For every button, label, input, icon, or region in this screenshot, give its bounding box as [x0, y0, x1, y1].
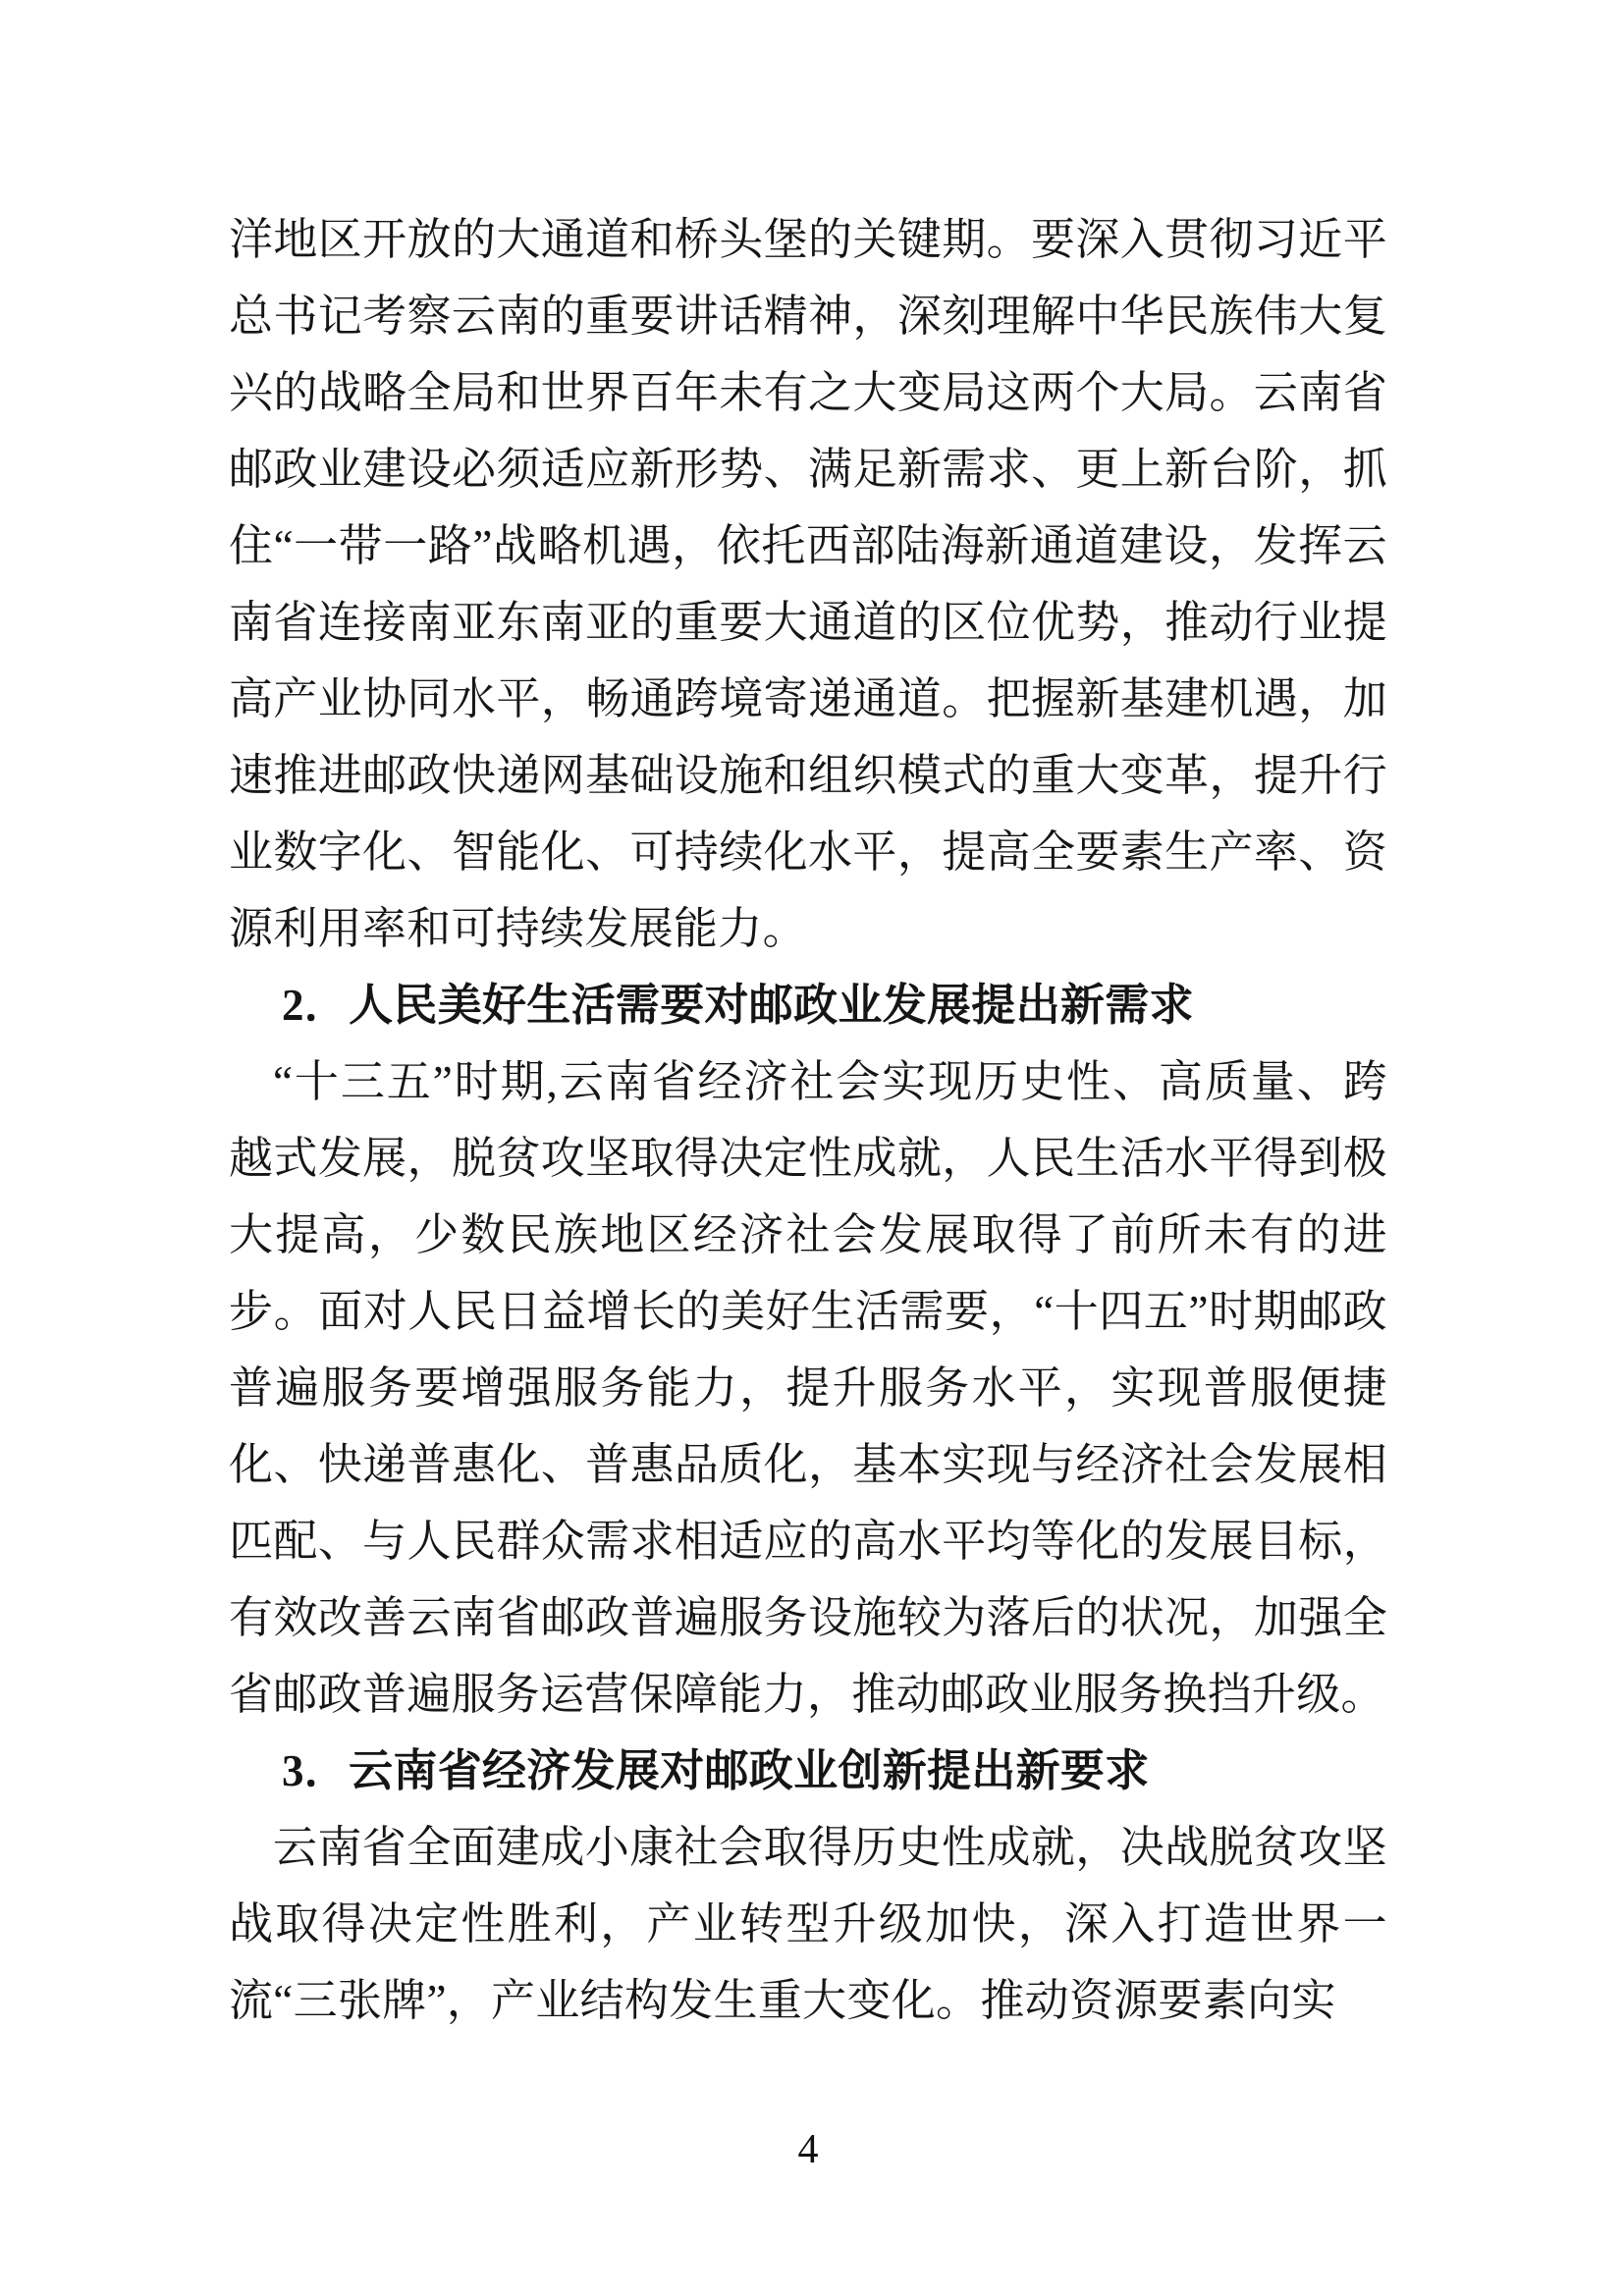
paragraph-section-2: “十三五”时期,云南省经济社会实现历史性、高质量、跨越式发展，脱贫攻坚取得决定性… [229, 1043, 1387, 1733]
page-content: 洋地区开放的大通道和桥头堡的关键期。要深入贯彻习近平总书记考察云南的重要讲话精神… [229, 201, 1387, 2039]
page-number: 4 [798, 2127, 819, 2172]
section-heading-2: 2．人民美好生活需要对邮政业发展提出新需求 [229, 967, 1387, 1043]
section-heading-3: 3．云南省经济发展对邮政业创新提出新要求 [229, 1733, 1387, 1809]
document-page: 洋地区开放的大通道和桥头堡的关键期。要深入贯彻习近平总书记考察云南的重要讲话精神… [0, 0, 1624, 2296]
page-footer: 4 [229, 2126, 1387, 2173]
paragraph-section-3: 云南省全面建成小康社会取得历史性成就，决战脱贫攻坚战取得决定性胜利，产业转型升级… [229, 1809, 1387, 2039]
paragraph-continuation: 洋地区开放的大通道和桥头堡的关键期。要深入贯彻习近平总书记考察云南的重要讲话精神… [229, 201, 1387, 967]
